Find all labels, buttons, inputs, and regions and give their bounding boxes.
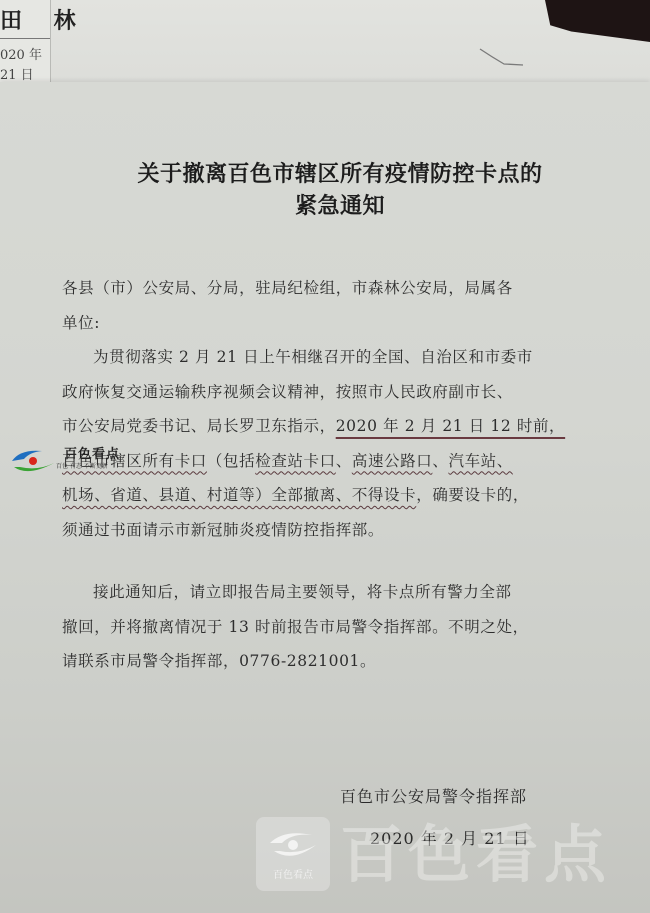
underlined-inspection-station: 检查站卡口: [255, 452, 336, 470]
background-sheet-year: 020 年: [0, 44, 42, 63]
underlined-deadline: 2020 年 2 月 21 日 12 时前，: [336, 417, 565, 435]
logo-eye-icon: [268, 829, 318, 863]
paragraph-2-line-2: 撤回，并将撤离情况于 13 时前报告市局警令指挥部。不明之处，: [62, 610, 632, 645]
paragraph-1-line-1: 为贯彻落实 2 月 21 日上午相继召开的全国、自治区和市委市: [62, 340, 632, 375]
watermark-logo-large: 百色看点: [256, 817, 330, 891]
paragraph-1: 为贯彻落实 2 月 21 日上午相继召开的全国、自治区和市委市 政府恢复交通运输…: [62, 340, 632, 547]
paragraph-1-line-3-text: 市公安局党委书记、局长罗卫东指示，: [62, 417, 336, 435]
background-sheet-title: 田 林: [0, 4, 88, 35]
background-sheet: 田 林 020 年 21 日: [0, 0, 51, 82]
paragraph-1-line-4: 百色市辖区所有卡口（包括检查站卡口、高速公路口、汽车站、: [62, 444, 632, 479]
paragraph-1-line-5-text: ，确要设卡的，: [416, 486, 529, 504]
watermark-text: 百色看点: [340, 815, 612, 895]
paragraph-2: 接此通知后，请立即报告局主要领导，将卡点所有警力全部 撤回，并将撤离情况于 13…: [62, 575, 632, 679]
separator: 、: [432, 452, 448, 470]
watermark-logo-tagline: 百色 有态 不断更新: [56, 461, 108, 470]
background-sheet-day: 21 日: [0, 64, 34, 83]
underlined-roads: 机场、省道、县道、村道等）: [62, 486, 271, 504]
separator: 、: [336, 452, 352, 470]
paragraph-1-line-3: 市公安局党委书记、局长罗卫东指示，2020 年 2 月 21 日 12 时前，: [62, 409, 632, 444]
underlined-withdraw-all: 全部撤离、不得设卡: [271, 486, 416, 504]
watermark-logo-caption: 百色看点: [256, 866, 330, 881]
paragraph-1-line-6: 须通过书面请示市新冠肺炎疫情防控指挥部。: [62, 513, 632, 548]
underlined-bus-station: 汽车站、: [448, 452, 512, 470]
watermark-logo-small: 百色看点 百色 有态 不断更新: [4, 443, 124, 481]
addressee-line-2: 单位:: [62, 306, 632, 341]
underlined-highway: 高速公路口: [352, 452, 433, 470]
pen-stroke-mark: [478, 47, 528, 67]
document-title-line-2: 紧急通知: [70, 190, 610, 222]
paragraph-2-line-3: 请联系市局警令指挥部，0776-2821001。: [62, 644, 632, 679]
addressee-block: 各县（市）公安局、分局，驻局纪检组，市森林公安局，局属各 单位:: [62, 271, 632, 340]
paragraph-2-line-1: 接此通知后，请立即报告局主要领导，将卡点所有警力全部: [62, 575, 632, 610]
signature-issuer: 百色市公安局警令指挥部: [340, 784, 527, 807]
paragraph-1-line-5: 机场、省道、县道、村道等）全部撤离、不得设卡，确要设卡的，: [62, 478, 632, 513]
paragraph-1-line-4-text: （包括: [207, 452, 255, 470]
document-title-line-1: 关于撤离百色市辖区所有疫情防控卡点的: [70, 158, 610, 190]
paragraph-1-line-2: 政府恢复交通运输秩序视频会议精神，按照市人民政府副市长、: [62, 375, 632, 410]
addressee-line-1: 各县（市）公安局、分局，驻局纪检组，市森林公安局，局属各: [62, 271, 632, 306]
logo-swoosh-icon: [8, 447, 58, 477]
watermark-logo-name: 百色看点: [64, 443, 120, 462]
background-sheet-rule: [0, 38, 50, 39]
